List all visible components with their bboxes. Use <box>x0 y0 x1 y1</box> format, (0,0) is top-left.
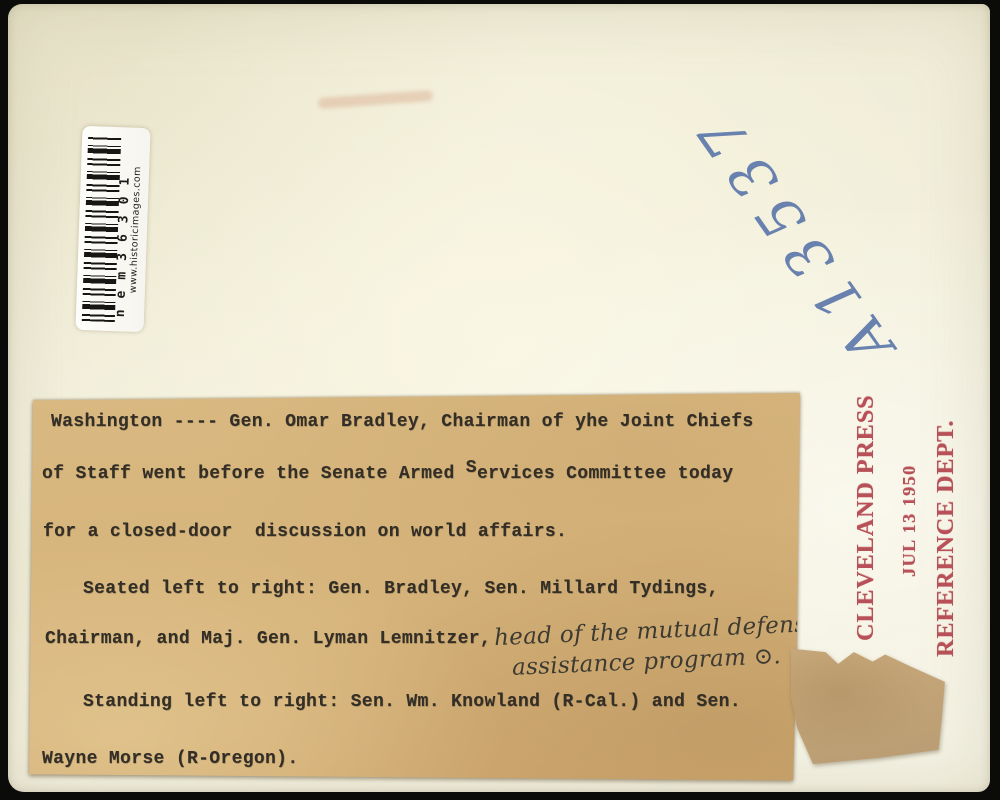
caption-line-2-pre: of Staff went before the Senate Armed <box>42 464 466 484</box>
photo-back-scan: nem36301 www.historicimages.com A13537 W… <box>8 4 990 792</box>
handwritten-note-line-2: assistance program ⊙. <box>512 643 782 681</box>
caption-line-5: Chairman, and Maj. Gen. Lyman Lemnitzer, <box>45 629 491 649</box>
barcode-label: nem36301 www.historicimages.com <box>75 126 150 332</box>
caption-line-1: Washington ---- Gen. Omar Bradley, Chair… <box>51 412 754 432</box>
caption-line-2-superscript: S <box>466 458 477 478</box>
handwritten-id: A13537 <box>668 69 929 393</box>
caption-line-7: Wayne Morse (R-Oregon). <box>42 749 299 769</box>
caption-line-6: Standing left to right: Sen. Wm. Knowlan… <box>83 692 741 712</box>
caption-line-4: Seated left to right: Gen. Bradley, Sen.… <box>83 579 719 599</box>
caption-line-3: for a closed-door discussion on world af… <box>43 522 567 542</box>
stamp-date: JUL 13 1950 <box>899 465 923 577</box>
smudge-mark <box>318 90 433 109</box>
stamp-cleveland-press: CLEVELAND PRESS <box>853 421 883 641</box>
torn-paper-tab <box>791 645 948 764</box>
caption-line-2-post: ervices Committee today <box>477 464 734 484</box>
caption-paper: Washington ---- Gen. Omar Bradley, Chair… <box>26 393 800 782</box>
stamp-reference-dept: REFERENCE DEPT. <box>933 431 963 657</box>
caption-line-2: of Staff went before the Senate Armed Se… <box>42 464 733 484</box>
